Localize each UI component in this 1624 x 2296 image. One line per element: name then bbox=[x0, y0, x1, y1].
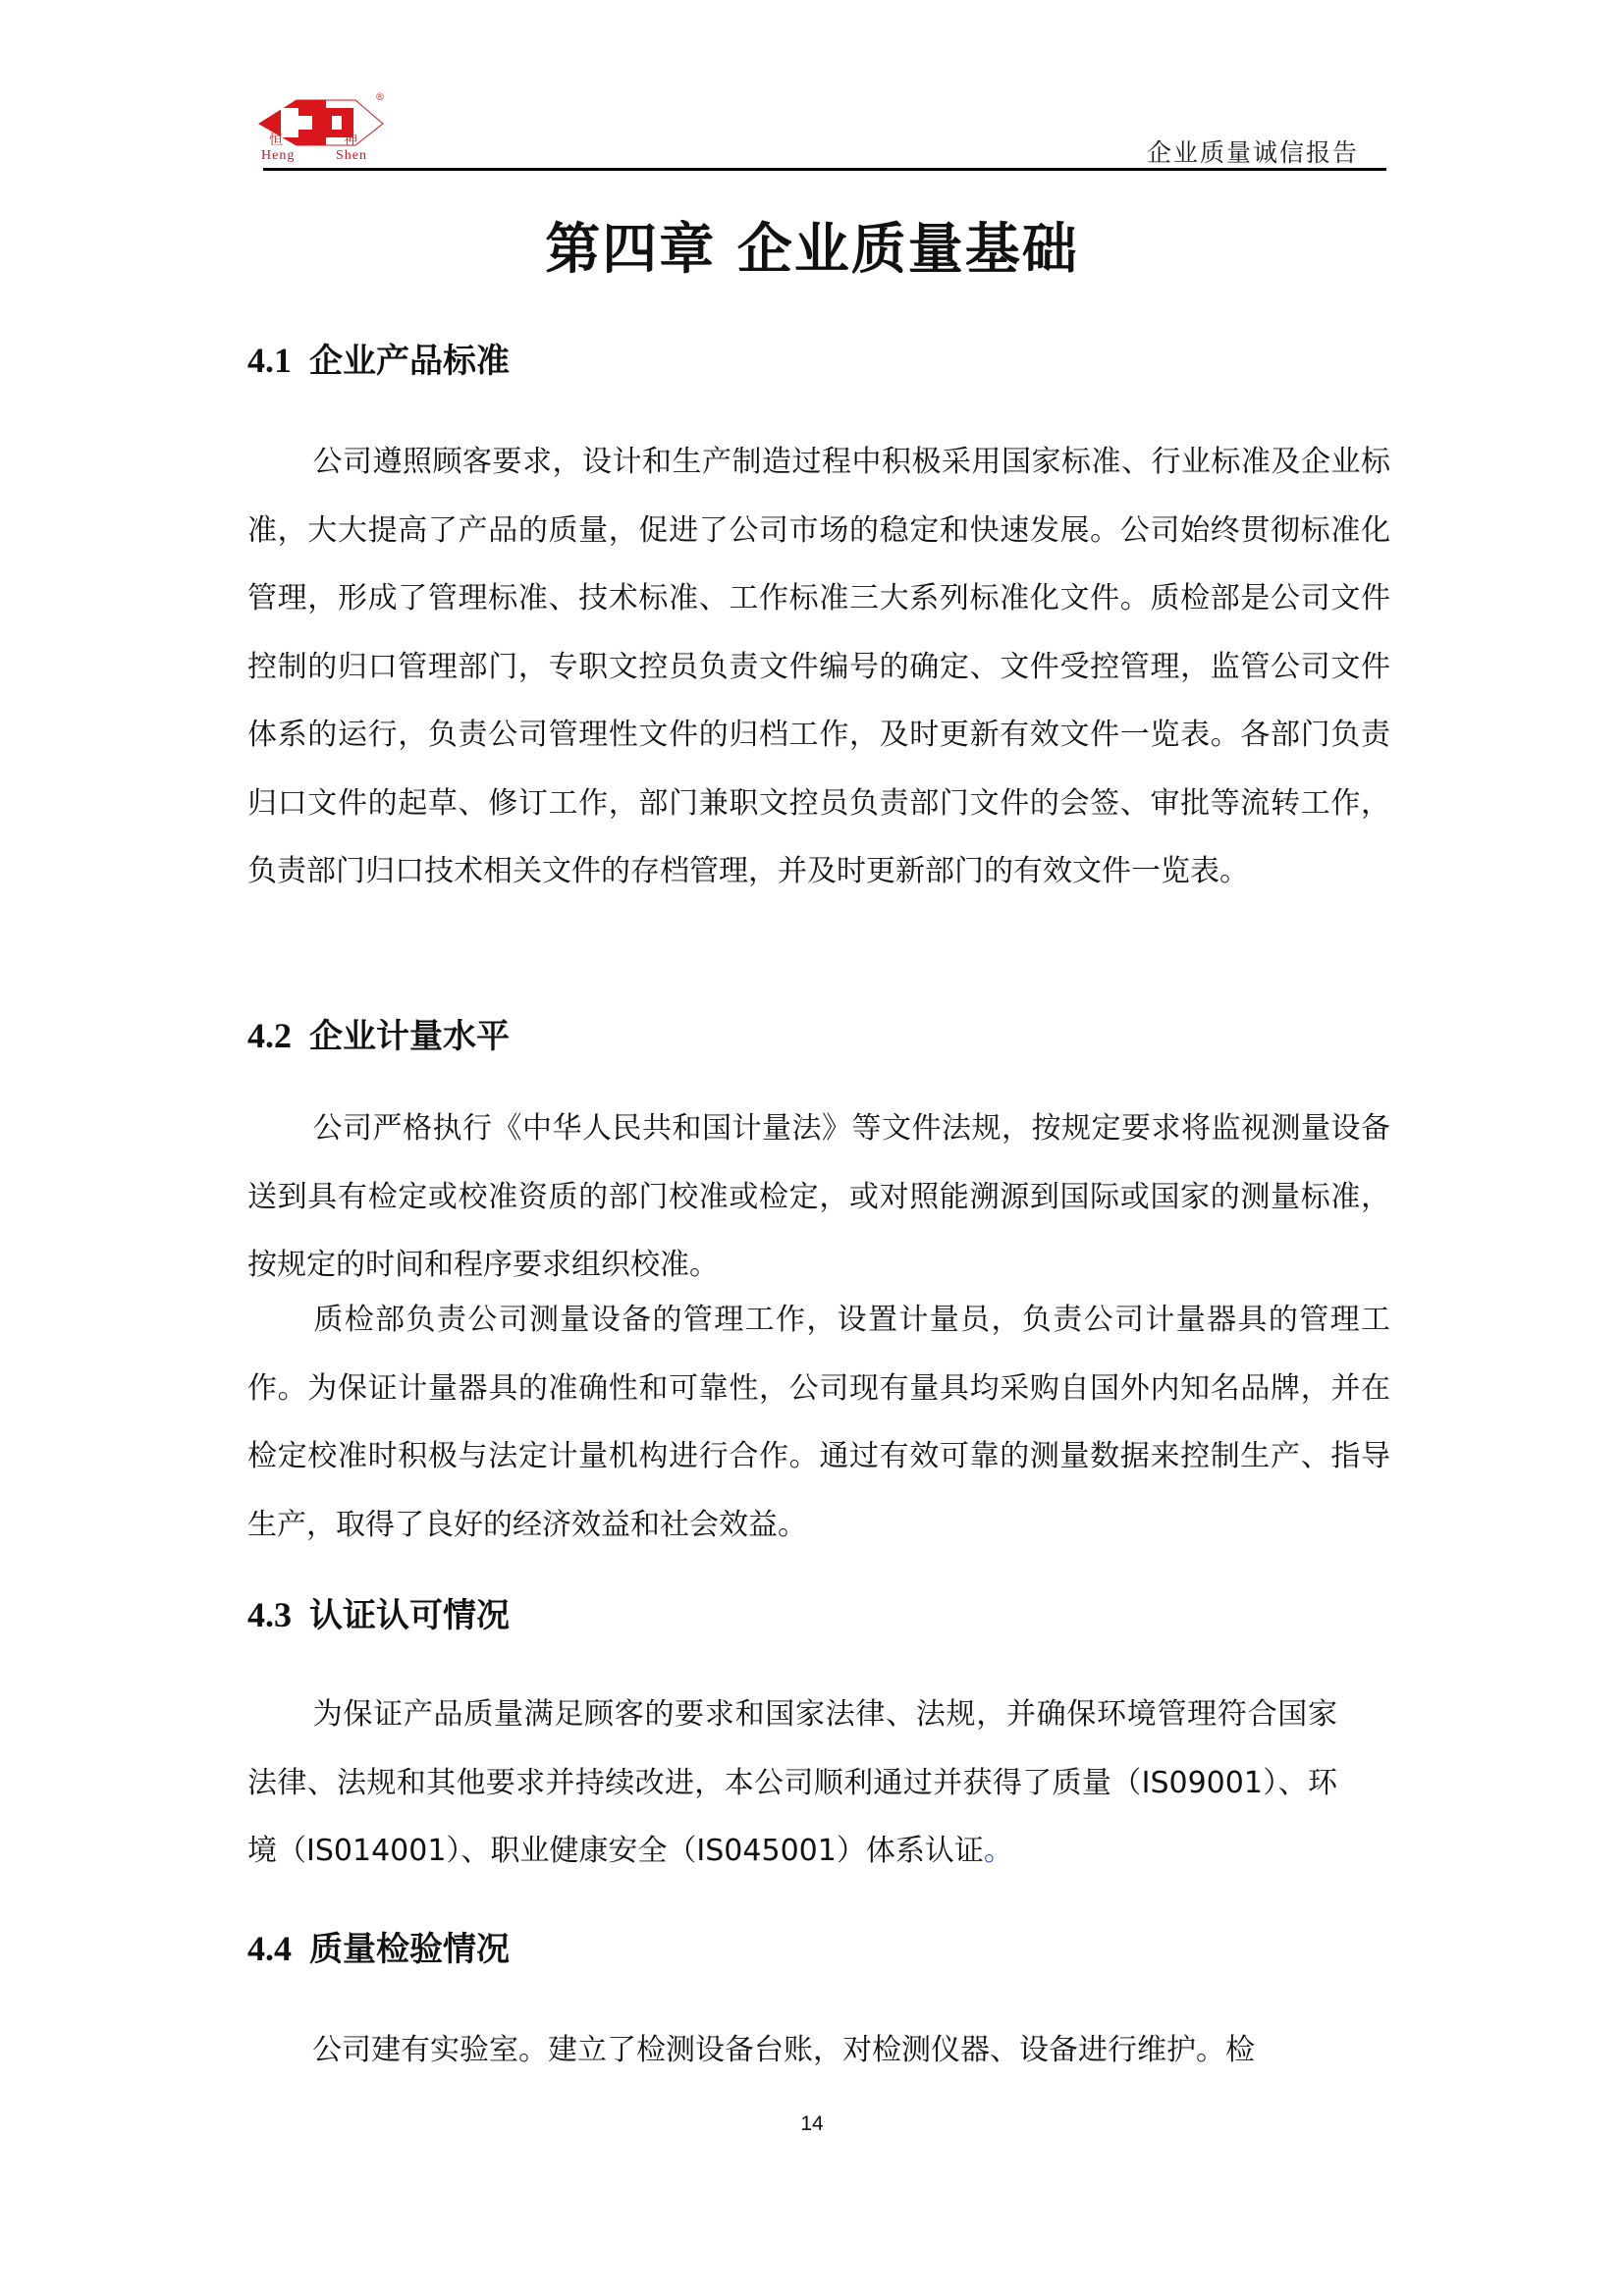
company-logo: 恒 神 Heng Shen ® bbox=[257, 94, 385, 171]
page-number: 14 bbox=[0, 2112, 1624, 2136]
section-heading-4-3: 4.3认证认可情况 bbox=[247, 1588, 510, 1636]
logo-en-right: Shen bbox=[336, 148, 367, 163]
section-title: 认证认可情况 bbox=[309, 1596, 510, 1635]
logo-cn-left: 恒 bbox=[269, 133, 283, 148]
section-heading-4-4: 4.4质量检验情况 bbox=[247, 1922, 510, 1970]
section-heading-4-1: 4.1企业产品标准 bbox=[247, 334, 510, 382]
paragraph-text: 为保证产品质量满足顾客的要求和国家法律、法规，并确保环境管理符合国家法律、法规和… bbox=[247, 1697, 1337, 1868]
paragraph-text: 公司严格执行《中华人民共和国计量法》等文件法规，按规定要求将监视测量设备送到具有… bbox=[247, 1111, 1390, 1282]
paragraph-text: 质检部负责公司测量设备的管理工作，设置计量员，负责公司计量器具的管理工作。为保证… bbox=[247, 1303, 1390, 1542]
section-number: 4.1 bbox=[247, 341, 292, 380]
section-title: 企业计量水平 bbox=[309, 1017, 510, 1056]
header-divider bbox=[263, 168, 1386, 171]
section-heading-4-2: 4.2企业计量水平 bbox=[247, 1009, 510, 1057]
paragraph-text: 公司建有实验室。建立了检测设备台账，对检测仪器、设备进行维护。检 bbox=[312, 2033, 1255, 2067]
paragraph-4-2-2: 质检部负责公司测量设备的管理工作，设置计量员，负责公司计量器具的管理工作。为保证… bbox=[247, 1286, 1390, 1559]
paragraph-text: 公司遵照顾客要求，设计和生产制造过程中积极采用国家标准、行业标准及企业标准，大大… bbox=[247, 445, 1390, 888]
paragraph-4-2-1: 公司严格执行《中华人民共和国计量法》等文件法规，按规定要求将监视测量设备送到具有… bbox=[247, 1095, 1390, 1300]
section-title: 企业产品标准 bbox=[309, 342, 510, 381]
section-number: 4.2 bbox=[247, 1016, 292, 1055]
logo-cn-right: 神 bbox=[344, 133, 357, 148]
paragraph-4-3-1: 为保证产品质量满足顾客的要求和国家法律、法规，并确保环境管理符合国家法律、法规和… bbox=[247, 1681, 1337, 1886]
header-title: 企业质量诚信报告 bbox=[1147, 133, 1359, 169]
chapter-title: 第四章 企业质量基础 bbox=[0, 206, 1624, 285]
registered-mark-icon: ® bbox=[375, 92, 385, 103]
trailing-period: 。 bbox=[984, 1834, 1013, 1868]
section-title: 质量检验情况 bbox=[309, 1930, 510, 1969]
logo-en-left: Heng bbox=[261, 148, 295, 163]
section-number: 4.4 bbox=[247, 1929, 292, 1968]
paragraph-4-4-1: 公司建有实验室。建立了检测设备台账，对检测仪器、设备进行维护。检 bbox=[247, 2016, 1390, 2085]
paragraph-4-1-1: 公司遵照顾客要求，设计和生产制造过程中积极采用国家标准、行业标准及企业标准，大大… bbox=[247, 428, 1390, 906]
section-number: 4.3 bbox=[247, 1595, 292, 1634]
